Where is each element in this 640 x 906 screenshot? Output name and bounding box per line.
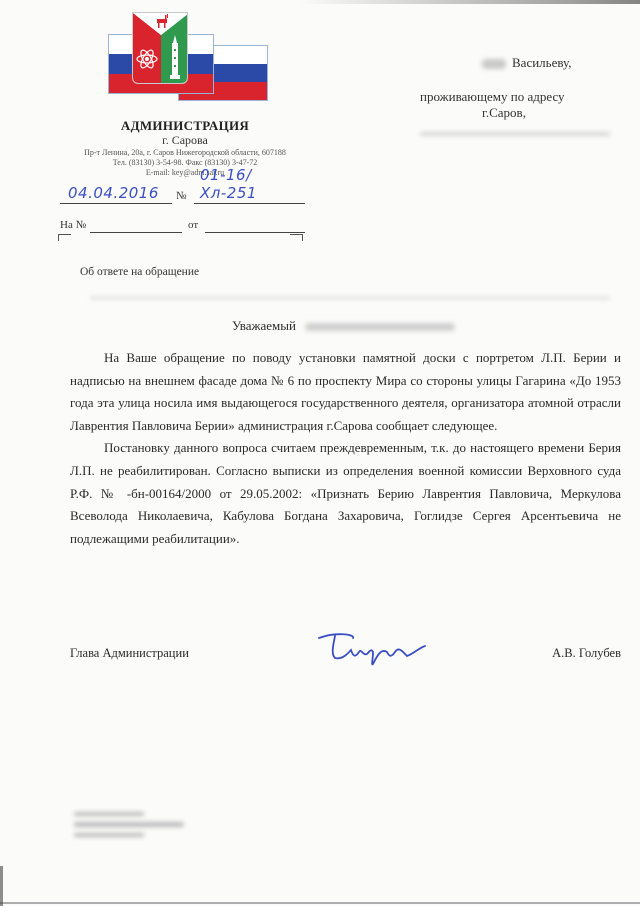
address-bracket-left [58, 234, 71, 241]
from-label: от [188, 219, 198, 231]
org-title: АДМИНИСТРАЦИЯ [60, 118, 310, 134]
addressee-line1: проживающему по адресу [420, 89, 565, 105]
in-reply-underline [90, 218, 182, 233]
body-paragraph-2: Постановку данного вопроса считаем прежд… [70, 437, 621, 550]
handwritten-signature-icon [315, 630, 435, 674]
address-bracket-right [290, 234, 303, 241]
reference-row: На № от [60, 213, 305, 233]
number-label: № [176, 190, 187, 202]
subject-line: Об ответе на обращение [80, 266, 199, 278]
signatory-name: А.В. Голубев [552, 646, 621, 661]
redacted-address [420, 125, 610, 130]
registration-number: 01-16/Хл-251 [200, 166, 305, 202]
emblem-logo [108, 12, 268, 102]
addressee-name: Васильеву, [482, 55, 572, 71]
in-reply-label: На № [60, 219, 86, 231]
redacted-band [90, 296, 610, 300]
redacted-initials [482, 59, 506, 69]
signature-row: Глава Администрации А.В. Голубев [70, 640, 621, 670]
body-paragraph-1: На Ваше обращение по поводу установки па… [70, 347, 621, 437]
registration-date: 04.04.2016 [68, 184, 159, 202]
coat-of-arms-icon [132, 12, 188, 84]
signatory-position: Глава Администрации [70, 646, 189, 661]
letter-body: На Ваше обращение по поводу установки па… [70, 347, 621, 550]
redacted-executor-info [74, 812, 184, 843]
greeting: Уважаемый [232, 318, 455, 334]
scan-edge-left [0, 866, 3, 906]
greeting-word: Уважаемый [232, 318, 296, 333]
from-underline [205, 218, 305, 233]
addressee-surname: Васильеву, [512, 55, 572, 70]
redacted-name [305, 323, 455, 331]
scan-edge-bottom [0, 902, 640, 904]
registration-row: 04.04.2016 № 01-16/Хл-251 [60, 180, 305, 204]
org-city: г. Сарова [60, 133, 310, 148]
org-address: Пр-т Ленина, 20а, г. Саров Нижегородской… [60, 148, 310, 158]
addressee-line2: г.Саров, [482, 105, 526, 121]
scan-edge-top [300, 0, 640, 4]
